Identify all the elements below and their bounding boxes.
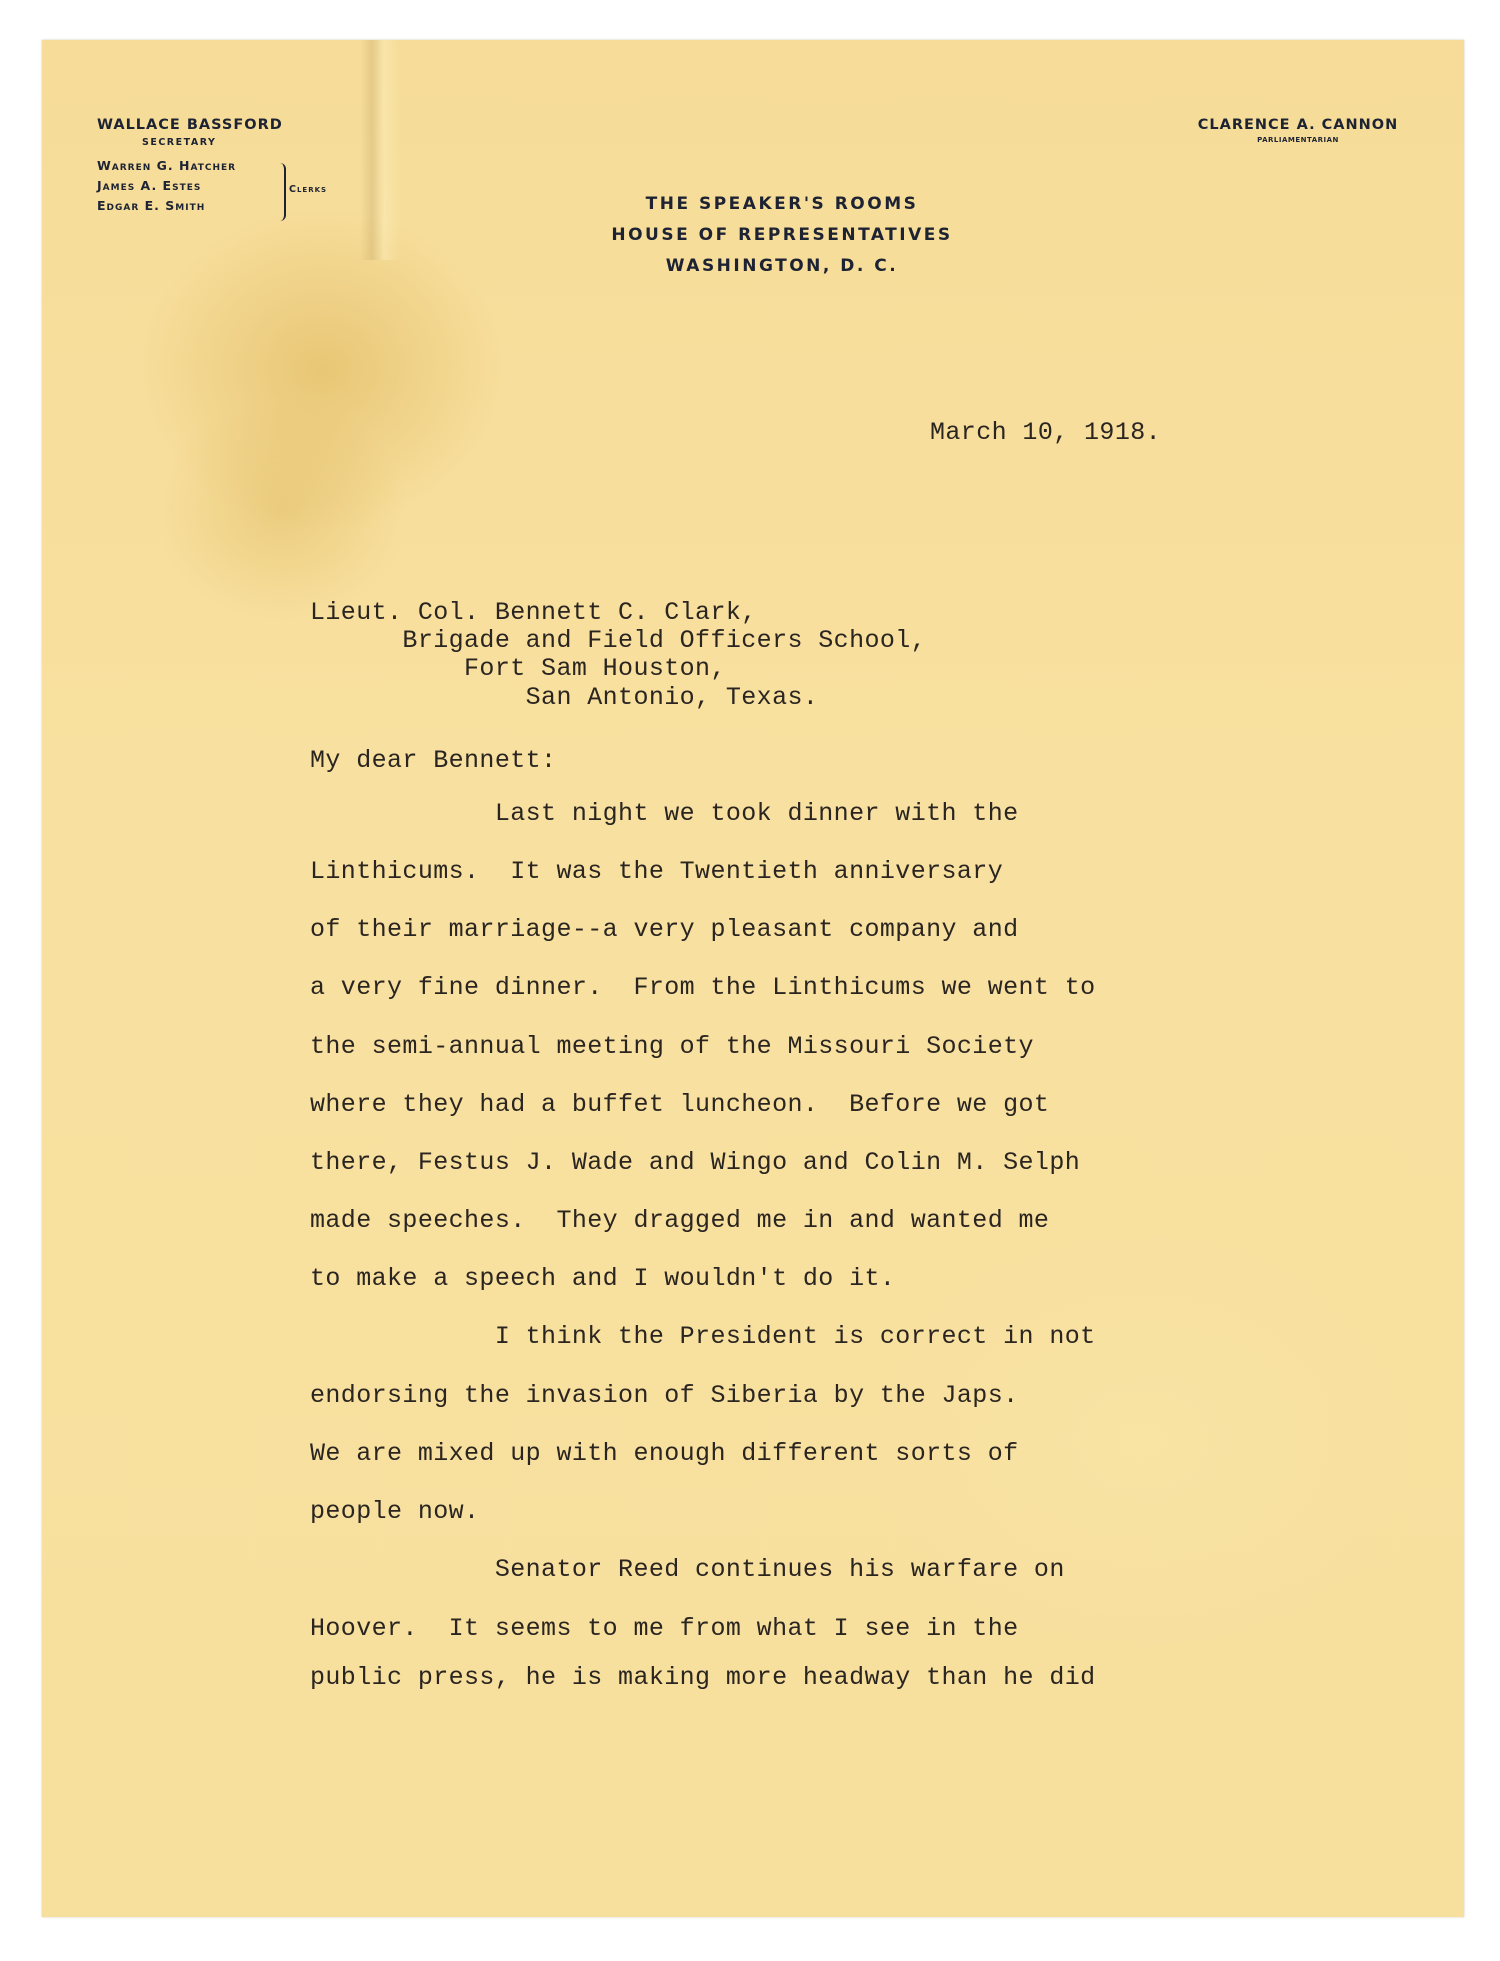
body-line: where they had a buffet luncheon. Before… [310, 1090, 1049, 1119]
body-line: a very fine dinner. From the Linthicums … [310, 973, 1096, 1002]
office-body: HOUSE OF REPRESENTATIVES [532, 220, 1032, 251]
address-line: Fort Sam Houston, [310, 654, 726, 683]
body-line: of their marriage--a very pleasant compa… [310, 915, 1019, 944]
body-line: the semi-annual meeting of the Missouri … [310, 1032, 1034, 1061]
letterhead-parliamentarian: CLARENCE A. CANNON PARLIAMENTARIAN [1183, 117, 1413, 144]
office-name: THE SPEAKER'S ROOMS [532, 189, 1032, 220]
body-line: I think the President is correct in not [310, 1322, 1096, 1351]
salutation: My dear Bennett: [310, 746, 556, 775]
clerk-name: Warren G. Hatcher [97, 158, 236, 173]
paper-crease [360, 40, 400, 260]
office-location: WASHINGTON, D. C. [532, 251, 1032, 282]
parliamentarian-name: CLARENCE A. CANNON [1183, 117, 1413, 133]
address-line: Brigade and Field Officers School, [310, 626, 926, 655]
clerk-name: James A. Estes [97, 178, 201, 193]
parliamentarian-title: PARLIAMENTARIAN [1183, 136, 1413, 144]
secretary-title: SECRETARY [142, 137, 216, 148]
body-line: Linthicums. It was the Twentieth anniver… [310, 857, 1003, 886]
address-line: San Antonio, Texas. [310, 683, 818, 712]
body-line: to make a speech and I wouldn't do it. [310, 1264, 895, 1293]
body-line: people now. [310, 1497, 479, 1526]
address-line: Lieut. Col. Bennett C. Clark, [310, 598, 757, 627]
body-line: Last night we took dinner with the [310, 799, 1019, 828]
body-line: public press, he is making more headway … [310, 1663, 1096, 1692]
body-line: there, Festus J. Wade and Wingo and Coli… [310, 1148, 1080, 1177]
body-line: Hoover. It seems to me from what I see i… [310, 1614, 1019, 1643]
clerks-brace [276, 163, 286, 221]
secretary-name: WALLACE BASSFORD [97, 117, 283, 133]
letter-date: March 10, 1918. [930, 418, 1161, 447]
body-line: We are mixed up with enough different so… [310, 1439, 1019, 1468]
body-line: endorsing the invasion of Siberia by the… [310, 1381, 1019, 1410]
clerks-label: Clerks [289, 184, 327, 195]
body-line: made speeches. They dragged me in and wa… [310, 1206, 1049, 1235]
body-line: Senator Reed continues his warfare on [310, 1555, 1065, 1584]
letterhead-office: THE SPEAKER'S ROOMS HOUSE OF REPRESENTAT… [532, 189, 1032, 282]
letter-page: WALLACE BASSFORD SECRETARY Warren G. Hat… [42, 40, 1464, 1917]
clerk-name: Edgar E. Smith [97, 198, 205, 213]
